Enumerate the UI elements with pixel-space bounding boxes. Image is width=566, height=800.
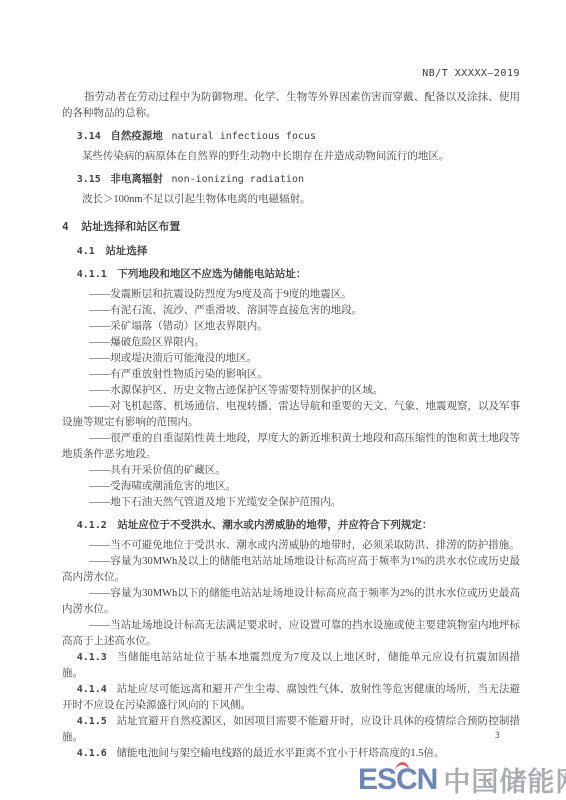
document-page: NB/T XXXXX—2019 指劳动者在劳动过程中为防御物理、化学、生物等外界… (0, 0, 566, 800)
clause-number: 4.1.3 (77, 652, 107, 663)
escn-logo-site-name: 中国储能网 (443, 760, 566, 799)
list-item: ——受海啸或潮涌危害的地区。 (62, 479, 520, 495)
list-item: ——发震断层和抗震设防烈度为9度及高于9度的地震区。 (62, 287, 520, 303)
term-definition-3-15: 波长＞100nm不足以引起生物体电离的电磁辐射。 (62, 192, 520, 208)
escn-logo: ESCN 中国储能网 (358, 760, 566, 799)
list-item: ——当站址场地设计标高无法满足要求时，应设置可靠的挡水设施或使主要建筑物室内地坪… (62, 618, 520, 650)
clause-4-1-3: 4.1.3 当储能电站站址位于基本地震烈度为7度及以上地区时，储能单元应设有抗震… (62, 650, 520, 682)
term-en-label: natural infectious focus (172, 131, 317, 142)
section-4-1-heading: 4.1 站址选择 (62, 244, 520, 260)
list-item: ——容量为30MWh以下的储能电站站址场地设计标高应高于频率为2%的洪水水位或历… (62, 586, 520, 618)
intro-paragraph: 指劳动者在劳动过程中为防御物理、化学、生物等外界因素伤害而穿戴、配备以及涂抹、使… (62, 90, 520, 122)
standard-code-header: NB/T XXXXX—2019 (422, 68, 520, 79)
clause-title: 站址应位于不受洪水、潮水或内涝威胁的地带，并应符合下列规定： (117, 520, 432, 531)
clause-text: 站址宜避开自然疫源区，如因项目需要不能避开时，应设计具体的疫情综合预防控制措施。 (62, 716, 520, 743)
chapter-title: 站址选择和站区布置 (81, 221, 180, 233)
list-item: ——具有开采价值的矿藏区。 (62, 463, 520, 479)
term-zh-label: 自然疫源地 (110, 131, 163, 142)
list-item: ——爆破危险区界限内。 (62, 335, 520, 351)
term-number: 3.14 (77, 131, 101, 142)
term-definition-3-14: 某些传染病的病原体在自然界的野生动物中长期存在并造成动物间流行的地区。 (62, 149, 520, 165)
clause-number: 4.1.4 (77, 684, 107, 695)
clause-4-1-5: 4.1.5 站址宜避开自然疫源区，如因项目需要不能避开时，应设计具体的疫情综合预… (62, 714, 520, 746)
list-item: ——对飞机起落、机场通信、电视转播、雷达导航和重要的天文、气象、地震观察，以及军… (62, 399, 520, 431)
list-item: ——当不可避免地位于受洪水、潮水或内涝威胁的地带时，必须采取防洪、排涝的防护措施… (62, 538, 520, 554)
document-body: 指劳动者在劳动过程中为防御物理、化学、生物等外界因素伤害而穿戴、配备以及涂抹、使… (62, 90, 520, 762)
list-item: ——坝或堤决溃后可能淹没的地区。 (62, 351, 520, 367)
section-title: 站址选择 (105, 246, 147, 257)
clause-4-1-2-heading: 4.1.2 站址应位于不受洪水、潮水或内涝威胁的地带，并应符合下列规定： (62, 518, 520, 534)
list-item: ——有严重放射性物质污染的影响区。 (62, 367, 520, 383)
clause-4-1-1-heading: 4.1.1 下列地段和地区不应选为储能电站站址： (62, 267, 520, 283)
term-en-label: non-ionizing radiation (172, 174, 304, 185)
flood-rules-list: ——当不可避免地位于受洪水、潮水或内涝威胁的地带时，必须采取防洪、排涝的防护措施… (62, 538, 520, 650)
clause-text: 储能电池间与架空输电线路的最近水平距离不宜小于杆塔高度的1.5倍。 (116, 748, 444, 759)
list-item: ——有泥石流、流沙、严重滑坡、溶洞等直接危害的地段。 (62, 303, 520, 319)
list-item: ——很严重的自重湿陷性黄土地段，厚度大的新近堆积黄土地段和高压缩性的饱和黄土地段… (62, 431, 520, 463)
page-number: 3 (495, 731, 500, 741)
list-item: ——容量为30MWh及以上的储能电站站址场地设计标高应高于频率为1%的洪水水位或… (62, 554, 520, 586)
clause-number: 4.1.6 (77, 748, 107, 759)
list-item: ——水源保护区、历史文物古迹保护区等需要特别保护的区域。 (62, 383, 520, 399)
term-heading-3-15: 3.15 非电离辐射 non-ionizing radiation (62, 172, 520, 188)
clause-text: 站址应尽可能远离和避开产生尘毒、腐蚀性气体、放射性等危害健康的场所，当无法避开时… (62, 684, 520, 711)
clause-title: 下列地段和地区不应选为储能电站站址： (117, 269, 306, 280)
term-zh-label: 非电离辐射 (110, 174, 163, 185)
chapter-4-heading: 4 站址选择和站区布置 (62, 218, 520, 236)
list-item: ——地下石油天然气管道及地下光缆安全保护范围内。 (62, 495, 520, 511)
clause-number: 4.1.1 (77, 269, 107, 280)
term-heading-3-14: 3.14 自然疫源地 natural infectious focus (62, 129, 520, 145)
escn-logo-wordmark: ESCN (358, 763, 437, 797)
list-item: ——采矿塌落（错动）区地表界限内。 (62, 319, 520, 335)
clause-text: 当储能电站站址位于基本地震烈度为7度及以上地区时，储能单元应设有抗震加固措施。 (62, 652, 520, 679)
clause-4-1-4: 4.1.4 站址应尽可能远离和避开产生尘毒、腐蚀性气体、放射性等危害健康的场所，… (62, 682, 520, 714)
term-number: 3.15 (77, 174, 101, 185)
chapter-number: 4 (62, 220, 69, 233)
clause-number: 4.1.2 (77, 520, 107, 531)
clause-number: 4.1.5 (77, 716, 107, 727)
forbidden-sites-list: ——发震断层和抗震设防烈度为9度及高于9度的地震区。 ——有泥石流、流沙、严重滑… (62, 287, 520, 511)
section-number: 4.1 (77, 246, 95, 257)
